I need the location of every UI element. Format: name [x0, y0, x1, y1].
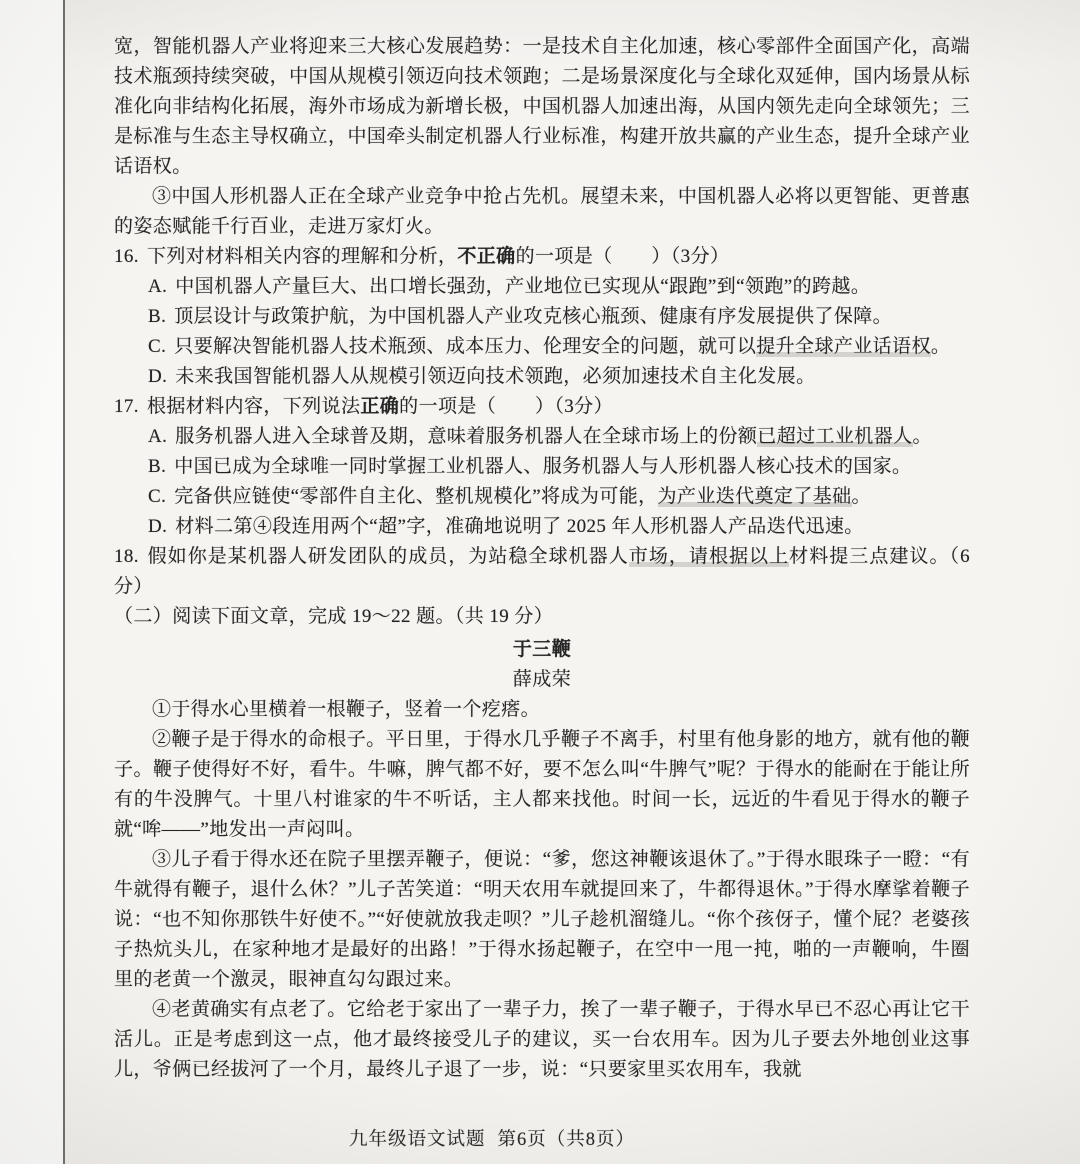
question-16-option-c: C.只要解决智能机器人技术瓶颈、成本压力、伦理安全的问题，就可以提升全球产业话语… — [114, 332, 970, 362]
question-17-number: 17. — [114, 396, 139, 417]
essay-paragraph-2: ②鞭子是于得水的命根子。平日里，于得水几乎鞭子不离手，村里有他身影的地方，就有他… — [114, 725, 970, 845]
page-footer: 九年级语文试题第6页（共8页） — [0, 1125, 1032, 1151]
pencil-underline: 市场，请根据以上 — [629, 546, 789, 567]
exam-page: 宽，智能机器人产业将迎来三大核心发展趋势：一是技术自主化加速，核心零部件全面国产… — [0, 0, 1080, 1164]
option-label: B. — [148, 456, 166, 477]
question-16-option-a: A.中国机器人产量巨大、出口增长强劲，产业地位已实现从“跟跑”到“领跑”的跨越。 — [114, 272, 970, 302]
option-label: C. — [148, 486, 166, 507]
pencil-underline: 提升全球产业话语权 — [756, 336, 931, 357]
exam-content: 宽，智能机器人产业将迎来三大核心发展趋势：一是技术自主化加速，核心零部件全面国产… — [114, 32, 970, 1085]
material-paragraph-3: ③中国人形机器人正在全球产业竞争中抢占先机。展望未来，中国机器人必将以更智能、更… — [114, 182, 970, 242]
option-label: A. — [148, 276, 167, 297]
question-17-stem-pre: 根据材料内容，下列说法 — [147, 396, 360, 417]
question-17-stem: 17.根据材料内容，下列说法正确的一项是（ ）（3分） — [114, 392, 970, 422]
question-18-number: 18. — [114, 546, 139, 567]
pencil-underline: 为产业迭代奠定了基础 — [658, 486, 852, 507]
question-16-option-b: B.顶层设计与政策护航，为中国机器人产业攻克核心瓶颈、健康有序发展提供了保障。 — [114, 302, 970, 332]
question-17: 17.根据材料内容，下列说法正确的一项是（ ）（3分） A.服务机器人进入全球普… — [114, 392, 970, 542]
question-17-option-c: C.完备供应链使“零部件自主化、整机规模化”将成为可能，为产业迭代奠定了基础。 — [114, 482, 970, 512]
option-label: A. — [148, 426, 167, 447]
essay-paragraph-1: ①于得水心里横着一根鞭子，竖着一个疙瘩。 — [114, 695, 970, 725]
question-16-stem-emphasis: 不正确 — [457, 246, 515, 267]
question-16-stem-pre: 下列对材料相关内容的理解和分析， — [147, 246, 457, 267]
question-16-option-d: D.未来我国智能机器人从规模引领迈向技术领跑，必须加速技术自主化发展。 — [114, 362, 970, 392]
question-18-stem: 18.假如你是某机器人研发团队的成员，为站稳全球机器人市场，请根据以上材料提三点… — [114, 542, 970, 602]
question-17-stem-emphasis: 正确 — [360, 396, 399, 417]
section-2-heading: （二）阅读下面文章，完成 19～22 题。（共 19 分） — [114, 602, 970, 632]
question-16-stem-post: 的一项是（ ）（3分） — [516, 246, 730, 267]
option-label: D. — [148, 366, 167, 387]
question-17-option-d: D.材料二第④段连用两个“超”字，准确地说明了 2025 年人形机器人产品迭代迅… — [114, 512, 970, 542]
essay-paragraph-4: ④老黄确实有点老了。它给老于家出了一辈子力，挨了一辈子鞭子，于得水早已不忍心再让… — [114, 995, 970, 1085]
footer-page-number: 第6页（共8页） — [498, 1130, 636, 1150]
question-16-number: 16. — [114, 246, 139, 267]
question-16: 16.下列对材料相关内容的理解和分析，不正确的一项是（ ）（3分） A.中国机器… — [114, 242, 970, 392]
essay-paragraph-3: ③儿子看于得水还在院子里摆弄鞭子，便说：“爹，您这神鞭该退休了。”于得水眼珠子一… — [114, 845, 970, 995]
scan-margin-line — [0, 0, 65, 1164]
option-label: D. — [148, 516, 167, 537]
essay-author: 薛成荣 — [114, 665, 970, 695]
question-17-option-a: A.服务机器人进入全球普及期，意味着服务机器人在全球市场上的份额已超过工业机器人… — [114, 422, 970, 452]
question-17-option-b: B.中国已成为全球唯一同时掌握工业机器人、服务机器人与人形机器人核心技术的国家。 — [114, 452, 970, 482]
option-label: C. — [148, 336, 166, 357]
material-runover-paragraph: 宽，智能机器人产业将迎来三大核心发展趋势：一是技术自主化加速，核心零部件全面国产… — [114, 32, 970, 182]
question-17-stem-post: 的一项是（ ）（3分） — [399, 396, 613, 417]
footer-exam-title: 九年级语文试题 — [349, 1130, 486, 1150]
pencil-underline: 已超过工业机器人 — [757, 426, 912, 447]
essay-title: 于三鞭 — [114, 635, 970, 665]
question-16-stem: 16.下列对材料相关内容的理解和分析，不正确的一项是（ ）（3分） — [114, 242, 970, 272]
option-label: B. — [148, 306, 166, 327]
